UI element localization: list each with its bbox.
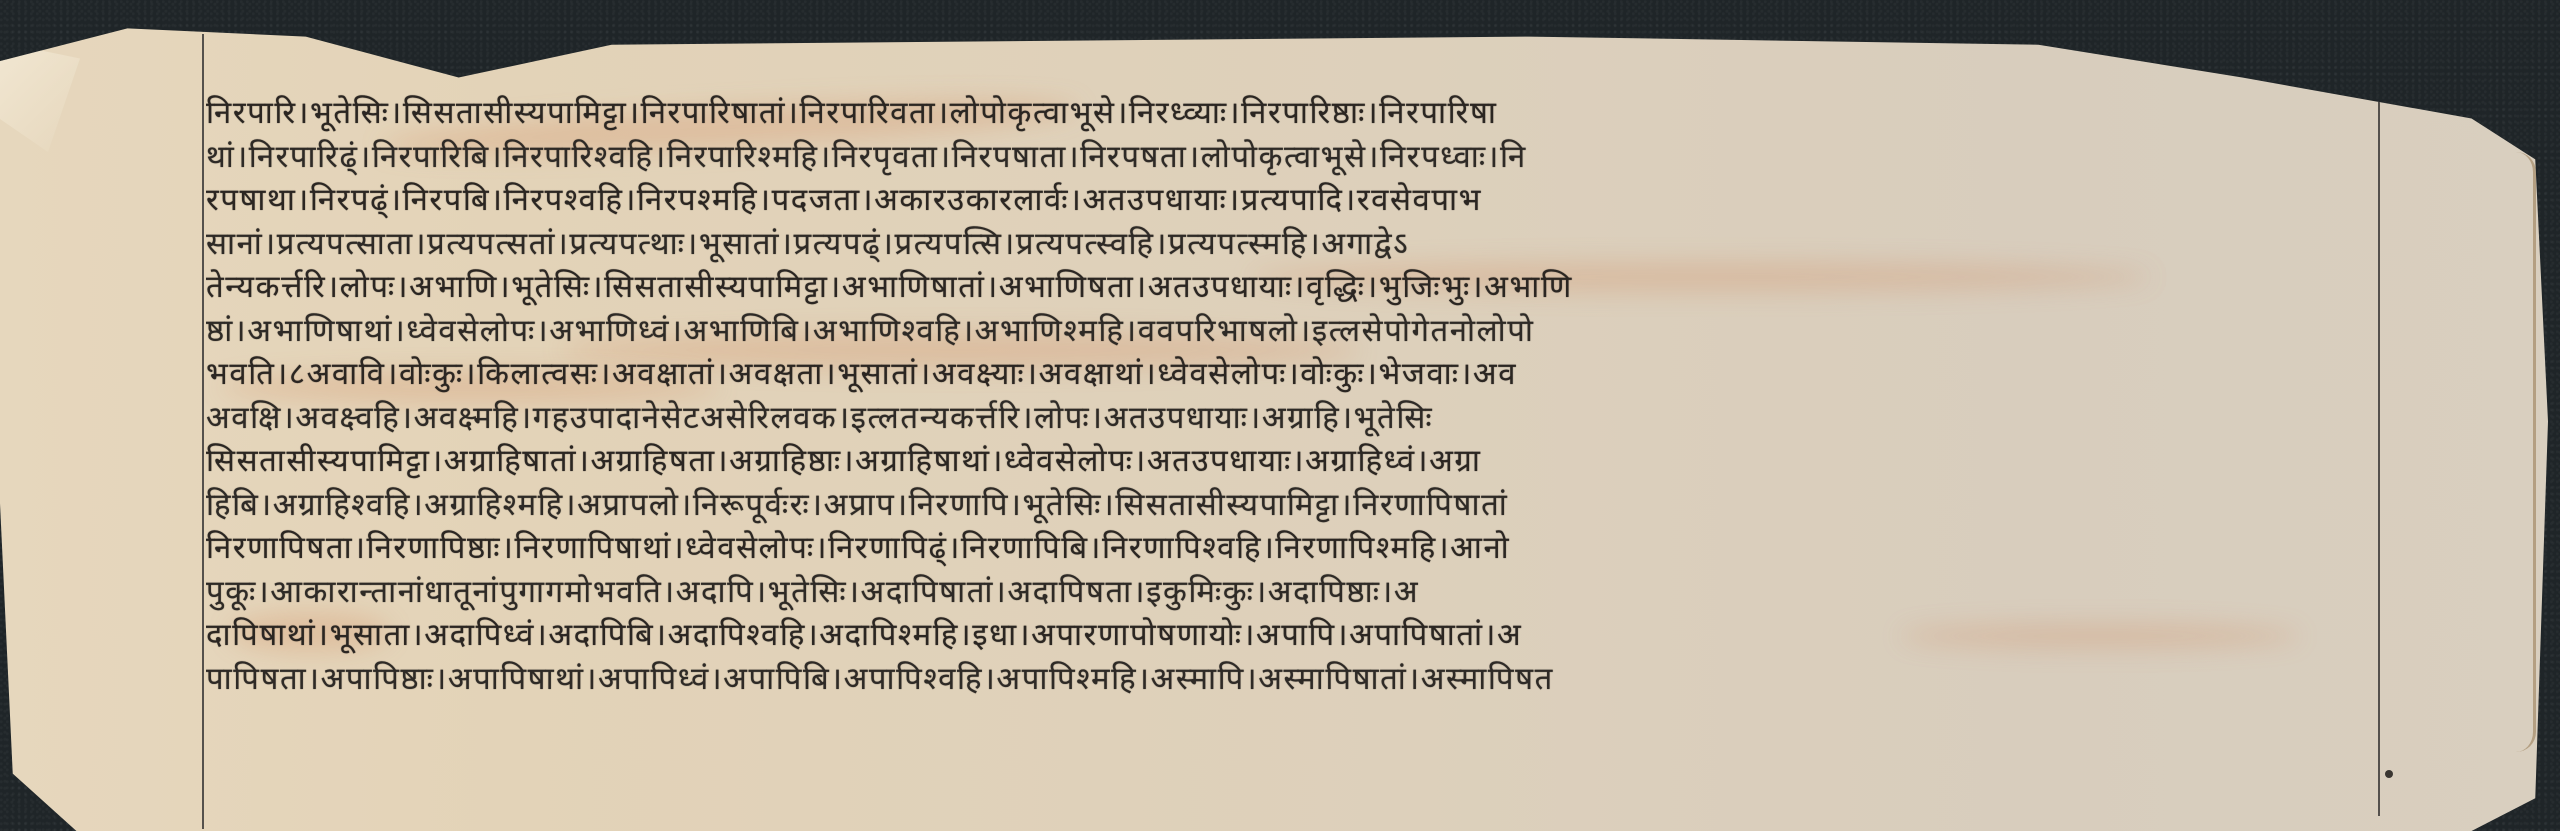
- text-line: थां।निरपारिढ्ं।निरपारिबि।निरपारिश्वहि।नि…: [206, 136, 2386, 180]
- text-line: दापिषाथां।भूसाता।अदापिध्वं।अदापिबि।अदापि…: [206, 614, 2386, 658]
- text-line: हिबि।अग्राहिश्वहि।अग्राहिश्महि।अप्रापलो।…: [206, 484, 2386, 528]
- ink-dot: [2385, 770, 2393, 778]
- text-line: सानां।प्रत्यपत्साता।प्रत्यपत्सतां।प्रत्य…: [206, 223, 2386, 267]
- left-margin-rule: [202, 34, 204, 829]
- text-line: निरपारि।भूतेसिः।सिसतासीस्यपामिट्टा।निरपा…: [206, 92, 2386, 136]
- text-line: रपषाथा।निरपढ्ं।निरपबि।निरपश्वहि।निरपश्मह…: [206, 179, 2386, 223]
- text-line: सिसतासीस्यपामिट्टा।अग्राहिषातां।अग्राहिष…: [206, 440, 2386, 484]
- worn-right-edge: [2515, 152, 2536, 752]
- text-line: पापिषता।अपापिष्ठाः।अपापिषाथां।अपापिध्वं।…: [206, 658, 2386, 702]
- text-line: अवक्षि।अवक्ष्वहि।अवक्ष्महि।गहउपादानेसेटअ…: [206, 397, 2386, 441]
- manuscript-text: निरपारि।भूतेसिः।सिसतासीस्यपामिट्टा।निरपा…: [206, 92, 2386, 701]
- text-line: तेन्यकर्त्तरि।लोपः।अभाणि।भूतेसिः।सिसतासी…: [206, 266, 2386, 310]
- text-line: भवति।८अवावि।वोःकुः।किलात्वसः।अवक्षातां।अ…: [206, 353, 2386, 397]
- manuscript-folio: निरपारि।भूतेसिः।सिसतासीस्यपामिट्टा।निरपा…: [0, 12, 2548, 831]
- text-line: ष्ठां।अभाणिषाथां।ध्वेवसेलोपः।अभाणिध्वं।अ…: [206, 310, 2386, 354]
- folded-corner: [0, 42, 80, 152]
- text-line: पुकूः।आकारान्तानांधातूनांपुगागमोभवति।अदा…: [206, 571, 2386, 615]
- text-line: निरणापिषता।निरणापिष्ठाः।निरणापिषाथां।ध्व…: [206, 527, 2386, 571]
